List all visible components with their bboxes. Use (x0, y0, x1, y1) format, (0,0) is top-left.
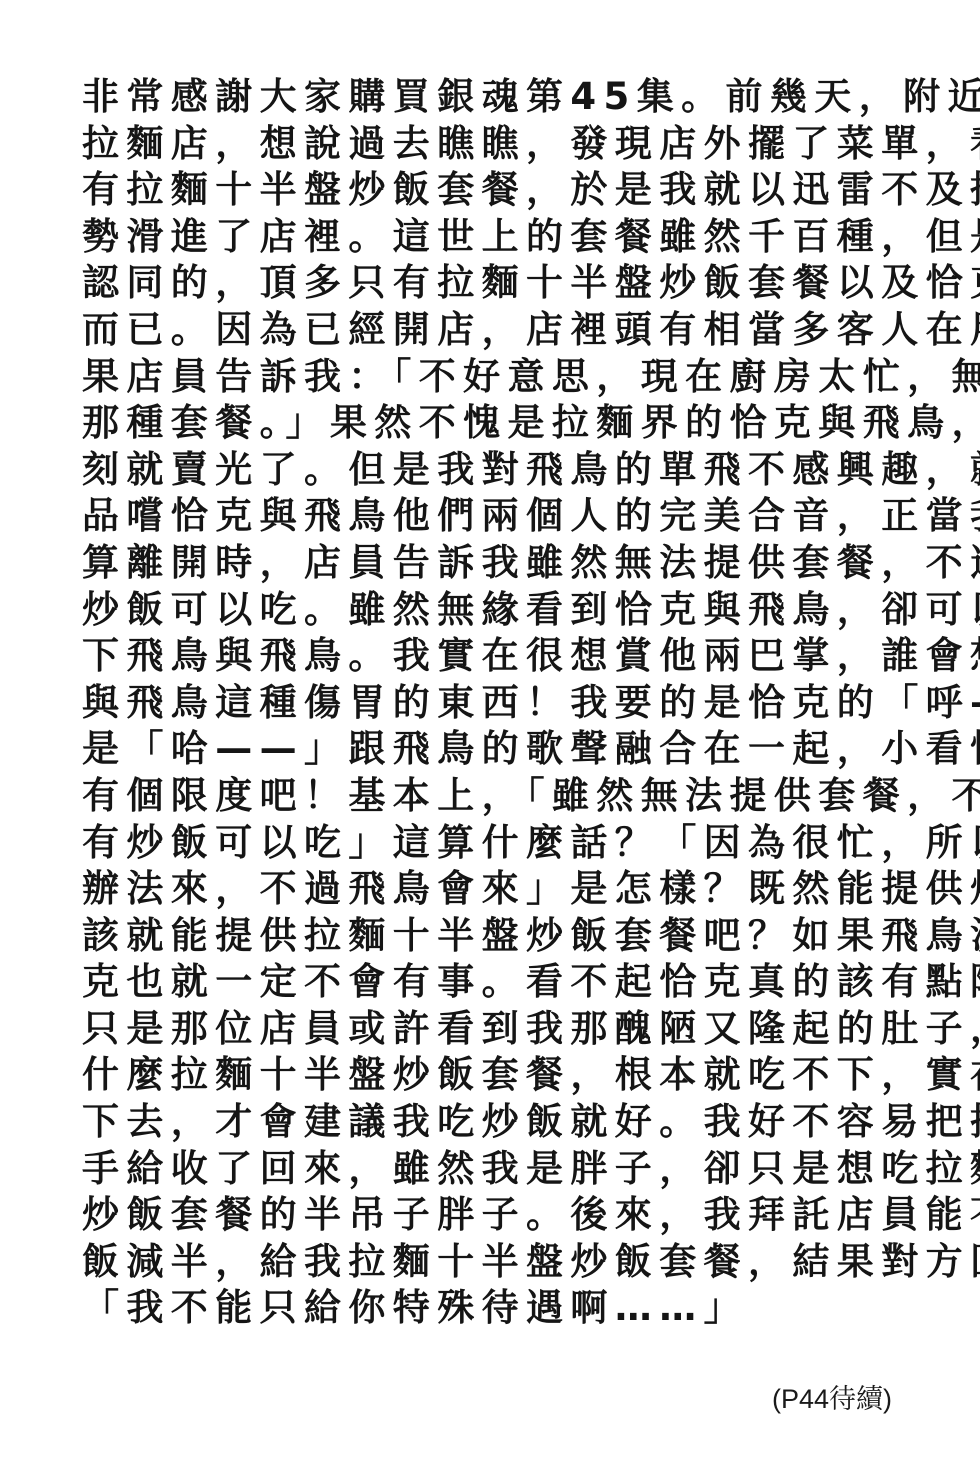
text-line-19: 該就能提供拉麵十半盤炒飯套餐吧？如果飛鳥沒事，恰 (82, 913, 902, 960)
text-line-3: 有拉麵十半盤炒飯套餐，於是我就以迅雷不及掩耳的氣 (82, 167, 902, 214)
continued-note: (P44待續) (772, 1377, 892, 1416)
text-line-25: 炒飯套餐的半吊子胖子。後來，我拜託店員能不能將炒 (82, 1192, 902, 1239)
text-line-5: 認同的，頂多只有拉麵十半盤炒飯套餐以及恰克＆飛鳥 (82, 260, 902, 307)
text-line-2: 拉麵店，想說過去瞧瞧，發現店外擺了菜單，看到上頭 (82, 121, 902, 168)
text-line-24: 手給收了回來，雖然我是胖子，卻只是想吃拉麵十半盤 (82, 1146, 902, 1193)
text-line-22: 什麼拉麵十半盤炒飯套餐，根本就吃不下，實在是看不 (82, 1052, 902, 1099)
text-line-13: 下飛鳥與飛鳥。我實在很想賞他兩巴掌，誰會想吃飛鳥 (82, 633, 902, 680)
text-line-1: 非常感謝大家購買銀魂第45集。前幾天，附近開了一家 (82, 74, 902, 121)
text-line-26: 飯減半，給我拉麵十半盤炒飯套餐，結果對方回答： (82, 1239, 902, 1286)
page: 非常感謝大家購買銀魂第45集。前幾天，附近開了一家 拉麵店，想說過去瞧瞧，發現店… (0, 0, 980, 1474)
text-line-8: 那種套餐。」果然不愧是拉麵界的恰克與飛鳥，餐券立 (82, 400, 902, 447)
text-line-20: 克也就一定不會有事。看不起恰克真的該有點限度啊！ (82, 959, 902, 1006)
text-line-17: 有炒飯可以吃」這算什麼話？「因為很忙，所以恰克沒 (82, 820, 902, 867)
text-line-4: 勢滑進了店裡。這世上的套餐雖然千百種，但是我能夠 (82, 214, 902, 261)
text-line-16: 有個限度吧！基本上，「雖然無法提供套餐，不過還是 (82, 773, 902, 820)
text-line-6: 而已。因為已經開店，店裡頭有相當多客人在用餐，結 (82, 307, 902, 354)
text-line-9: 刻就賣光了。但是我對飛鳥的單飛不感興趣，就只是想 (82, 447, 902, 494)
text-line-21: 只是那位店員或許看到我那醜陋又隆起的肚子，想說點 (82, 1006, 902, 1053)
text-line-23: 下去，才會建議我吃炒飯就好。我好不容易把揮出去的 (82, 1099, 902, 1146)
text-line-11: 算離開時，店員告訴我雖然無法提供套餐，不過還是有 (82, 540, 902, 587)
text-line-12: 炒飯可以吃。雖然無緣看到恰克與飛鳥，卻可以體會一 (82, 587, 902, 634)
text-line-10: 品嚐恰克與飛鳥他們兩個人的完美合音，正當我轉身打 (82, 493, 902, 540)
text-line-27: 「我不能只給你特殊待遇啊……」 (82, 1285, 902, 1332)
text-line-18: 辦法來，不過飛鳥會來」是怎樣？既然能提供炒飯，應 (82, 866, 902, 913)
body-text: 非常感謝大家購買銀魂第45集。前幾天，附近開了一家 拉麵店，想說過去瞧瞧，發現店… (82, 74, 902, 1332)
text-line-15: 是「哈——」跟飛鳥的歌聲融合在一起，小看恰克也得 (82, 726, 902, 773)
text-line-7: 果店員告訴我：「不好意思，現在廚房太忙，無法供應 (82, 354, 902, 401)
text-line-14: 與飛鳥這種傷胃的東西！我要的是恰克的「呼——」或 (82, 680, 902, 727)
